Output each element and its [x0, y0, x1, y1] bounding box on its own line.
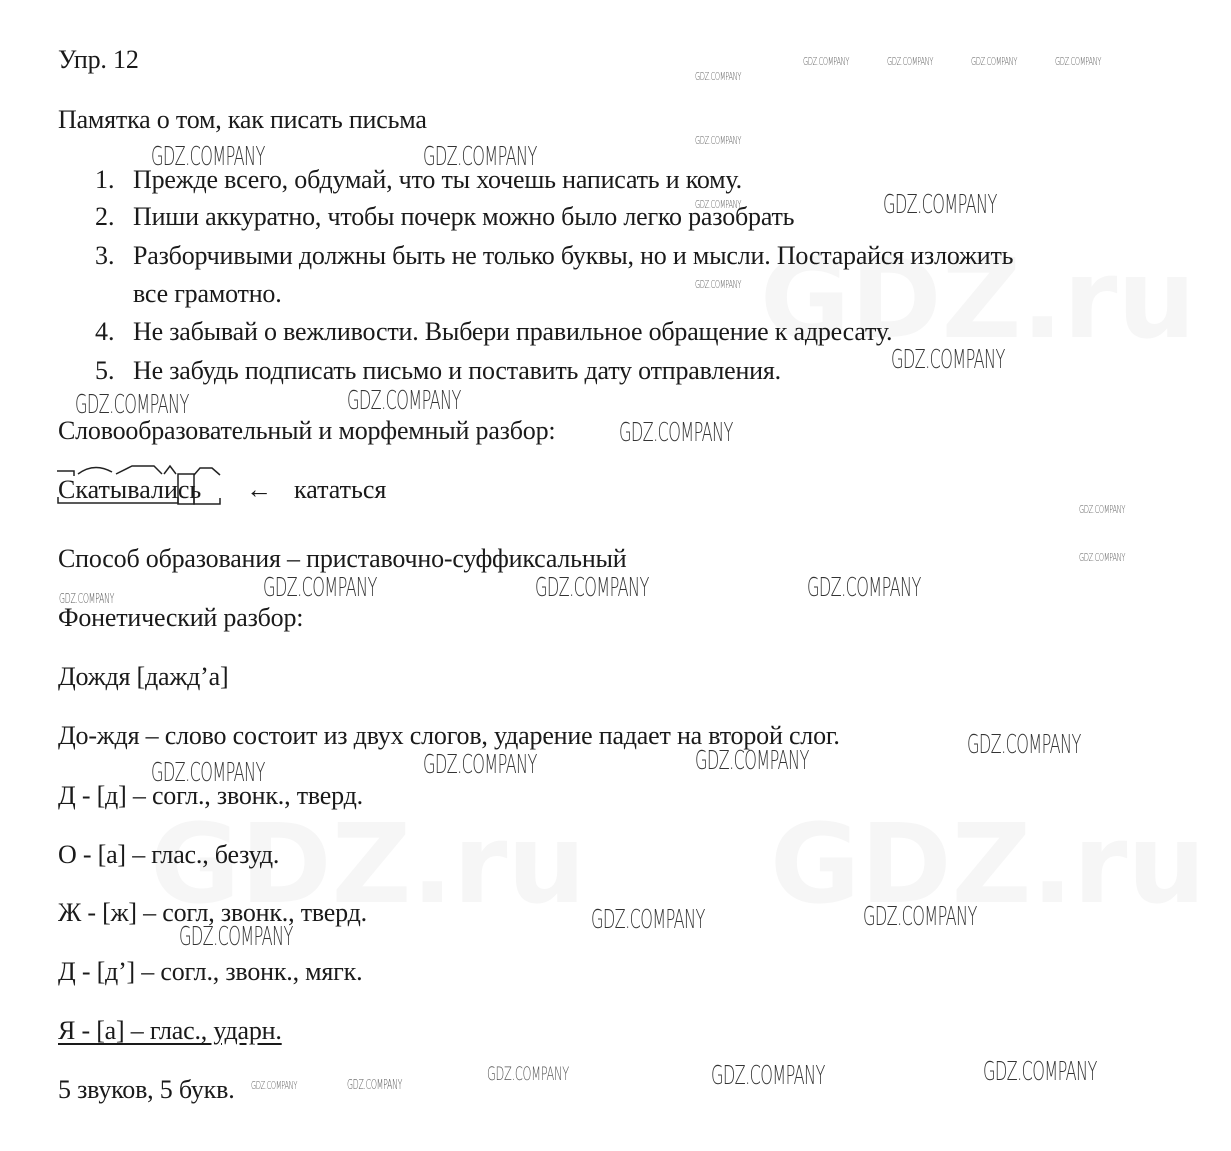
watermark-text: GDZ.COMPANY: [695, 746, 809, 776]
watermark-text: GDZ.COMPANY: [891, 345, 1005, 375]
watermark-text: GDZ.COMPANY: [179, 922, 293, 952]
sound-row: Д - [д’] – согл., звонк., мягк.: [58, 957, 362, 987]
watermark-text: GDZ.COMPANY: [971, 55, 1017, 68]
list-number: 2.: [95, 202, 115, 232]
watermark-text: GDZ.COMPANY: [695, 198, 741, 211]
list-text: Разборчивыми должны быть не только буквы…: [133, 241, 1013, 271]
list-text: Не забывай о вежливости. Выбери правильн…: [133, 317, 892, 347]
watermark-text: GDZ.COMPANY: [695, 278, 741, 291]
memo-heading: Памятка о том, как писать письма: [58, 105, 427, 135]
list-text: Не забудь подписать письмо и поставить д…: [133, 356, 781, 386]
formation-method: Способ образования – приставочно-суффикс…: [58, 544, 627, 574]
sounds-letters-summary: 5 звуков, 5 букв.: [58, 1075, 235, 1105]
watermark-text: GDZ.COMPANY: [347, 1078, 402, 1093]
watermark-text: GDZ.COMPANY: [711, 1061, 825, 1091]
watermark-text: GDZ.COMPANY: [803, 55, 849, 68]
watermark-text: GDZ.COMPANY: [263, 573, 377, 603]
watermark-text: GDZ.COMPANY: [1055, 55, 1101, 68]
watermark-text: GDZ.COMPANY: [1079, 503, 1125, 516]
watermark-text: GDZ.COMPANY: [423, 750, 537, 780]
watermark-text: GDZ.COMPANY: [347, 386, 461, 416]
watermark-text: GDZ.COMPANY: [887, 55, 933, 68]
background-watermark: GDZ.ru: [770, 800, 1206, 928]
watermark-text: GDZ.COMPANY: [883, 190, 997, 220]
left-arrow-icon: ←: [246, 475, 272, 505]
watermark-text: GDZ.COMPANY: [535, 573, 649, 603]
watermark-text: GDZ.COMPANY: [983, 1057, 1097, 1087]
watermark-text: GDZ.COMPANY: [59, 592, 114, 607]
watermark-text: GDZ.COMPANY: [151, 758, 265, 788]
watermark-text: GDZ.COMPANY: [423, 142, 537, 172]
watermark-text: GDZ.COMPANY: [75, 390, 189, 420]
list-number: 4.: [95, 317, 115, 347]
watermark-text: GDZ.COMPANY: [807, 573, 921, 603]
sound-row: О - [а] – глас., безуд.: [58, 840, 279, 870]
watermark-text: GDZ.COMPANY: [695, 70, 741, 83]
watermark-text: GDZ.COMPANY: [863, 902, 977, 932]
watermark-text: GDZ.COMPANY: [1079, 551, 1125, 564]
sound-row-stressed: Я - [а] – глас., ударн.: [58, 1016, 282, 1046]
base-word: кататься: [294, 475, 386, 505]
watermark-text: GDZ.COMPANY: [619, 418, 733, 448]
list-number: 5.: [95, 356, 115, 386]
list-number: 1.: [95, 165, 115, 195]
watermark-text: GDZ.COMPANY: [251, 1079, 297, 1092]
word-analysis-heading: Словообразовательный и морфемный разбор:: [58, 416, 555, 446]
analyzed-word: Скатывались: [58, 475, 201, 505]
watermark-text: GDZ.COMPANY: [695, 134, 741, 147]
phonetic-heading: Фонетический разбор:: [58, 603, 303, 633]
watermark-text: GDZ.COMPANY: [487, 1063, 569, 1085]
list-text-continuation: все грамотно.: [133, 279, 282, 309]
watermark-text: GDZ.COMPANY: [151, 142, 265, 172]
list-number: 3.: [95, 241, 115, 271]
word-transcription: Дождя [дажд’а]: [58, 662, 228, 692]
watermark-text: GDZ.COMPANY: [967, 730, 1081, 760]
exercise-title: Упр. 12: [58, 45, 139, 75]
watermark-text: GDZ.COMPANY: [591, 905, 705, 935]
